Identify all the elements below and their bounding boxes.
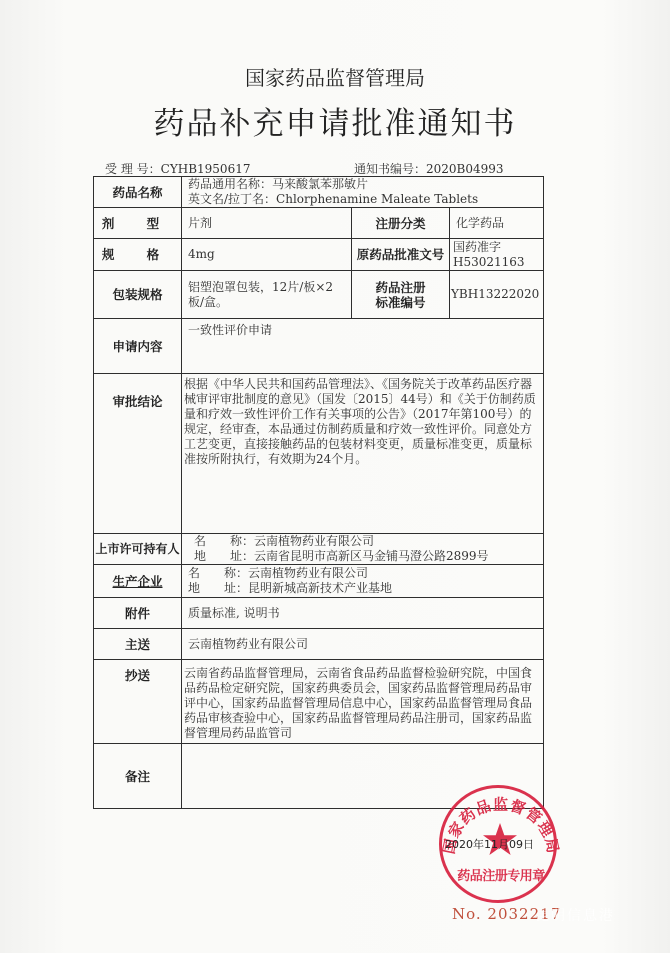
registration-category-label: 注册分类 — [352, 208, 450, 239]
mah-name-value: 云南植物药业有限公司 — [254, 534, 374, 548]
agency-name: 国家药品监督管理局 — [0, 62, 670, 91]
row-manufacturer: 生产企业 名 称：云南植物药业有限公司 地 址：昆明新城高新技术产业基地 — [94, 565, 544, 598]
registration-standard-value: YBH13222020 — [450, 271, 544, 319]
manufacturer-label-text: 生产企业 — [112, 574, 162, 589]
mah-address: 地 址：云南省昆明市高新区马金铺马澄公路2899号 — [194, 549, 537, 564]
application-content-label: 申请内容 — [94, 319, 182, 374]
notice-number: 通知书编号：2020B04993 — [354, 160, 504, 177]
row-conclusion: 审批结论 根据《中华人民共和国药品管理法》、《国务院关于改革药品医疗器械审评审批… — [94, 374, 544, 534]
mah-value: 名 称：云南植物药业有限公司 地 址：云南省昆明市高新区马金铺马澄公路2899号 — [182, 534, 544, 565]
generic-name-label: 药品通用名称： — [188, 177, 272, 191]
row-strength: 规 格 4mg 原药品批准文号 国药准字H53021163 — [94, 239, 544, 271]
mah-address-label: 地 址： — [194, 549, 254, 563]
mah-label: 上市许可持有人 — [94, 534, 182, 565]
original-approval-number-value: 国药准字H53021163 — [450, 239, 544, 271]
drug-name-value: 药品通用名称：马来酸氯苯那敏片 英文名/拉丁名：Chlorphenamine M… — [182, 177, 544, 208]
row-attachments: 附件 质量标准, 说明书 — [94, 598, 544, 629]
cc-value: 云南省药品监督管理局，云南省食品药品监督检验研究院，中国食品药品检定研究院，国家… — [182, 660, 544, 744]
send-to-value: 云南植物药业有限公司 — [182, 629, 544, 660]
english-name: 英文名/拉丁名：Chlorphenamine Maleate Tablets — [188, 192, 537, 207]
row-application-content: 申请内容 一致性评价申请 — [94, 319, 544, 374]
strength-value: 4mg — [182, 239, 352, 271]
cc-label: 抄送 — [94, 660, 182, 744]
application-content-value: 一致性评价申请 — [182, 319, 544, 374]
english-name-value: Chlorphenamine Maleate Tablets — [276, 192, 478, 206]
row-marketing-authorization-holder: 上市许可持有人 名 称：云南植物药业有限公司 地 址：云南省昆明市高新区马金铺马… — [94, 534, 544, 565]
remarks-label: 备注 — [94, 744, 182, 809]
manufacturer-name-label: 名 称： — [188, 566, 248, 580]
original-approval-number-label: 原药品批准文号 — [352, 239, 450, 271]
packaging-value: 铝塑泡罩包装，12片/板×2板/盒。 — [182, 271, 352, 319]
generic-name: 药品通用名称：马来酸氯苯那敏片 — [188, 177, 537, 192]
manufacturer-address-value: 昆明新城高新技术产业基地 — [248, 581, 392, 595]
english-name-label: 英文名/拉丁名： — [188, 192, 276, 206]
approval-date: 2020年11月09日 — [445, 836, 534, 852]
mah-name: 名 称：云南植物药业有限公司 — [194, 534, 537, 549]
mah-address-value: 云南省昆明市高新区马金铺马澄公路2899号 — [254, 549, 489, 563]
row-dosage-form: 剂 型 片剂 注册分类 化学药品 — [94, 208, 544, 239]
manufacturer-label: 生产企业 — [94, 565, 182, 598]
dosage-form-value: 片剂 — [182, 208, 352, 239]
notice-number-label: 通知书编号： — [354, 162, 426, 176]
generic-name-value: 马来酸氯苯那敏片 — [272, 177, 368, 191]
registration-standard-label-line1: 药品注册 — [358, 280, 443, 295]
row-send-to: 主送 云南植物药业有限公司 — [94, 629, 544, 660]
registration-standard-label-line2: 标准编号 — [358, 295, 443, 310]
attachments-value: 质量标准, 说明书 — [182, 598, 544, 629]
watermark: 昆明信息港 — [535, 905, 615, 925]
strength-label-text: 规 格 — [102, 247, 173, 262]
approval-form-table: 药品名称 药品通用名称：马来酸氯苯那敏片 英文名/拉丁名：Chlorphenam… — [93, 176, 544, 809]
manufacturer-address: 地 址：昆明新城高新技术产业基地 — [188, 581, 537, 596]
notice-number-value: 2020B04993 — [426, 162, 504, 176]
registration-standard-label: 药品注册 标准编号 — [352, 271, 450, 319]
row-drug-name: 药品名称 药品通用名称：马来酸氯苯那敏片 英文名/拉丁名：Chlorphenam… — [94, 177, 544, 208]
acceptance-number-label: 受 理 号： — [105, 162, 161, 176]
registration-category-value: 化学药品 — [450, 208, 544, 239]
conclusion-value: 根据《中华人民共和国药品管理法》、《国务院关于改革药品医疗器械审评审批制度的意见… — [182, 374, 544, 534]
dosage-form-label: 剂 型 — [94, 208, 182, 239]
row-packaging: 包装规格 铝塑泡罩包装，12片/板×2板/盒。 药品注册 标准编号 YBH132… — [94, 271, 544, 319]
drug-name-label: 药品名称 — [94, 177, 182, 208]
notice-page: 国家药品监督管理局 药品补充申请批准通知书 受 理 号：CYHB1950617 … — [0, 0, 670, 953]
acceptance-number: 受 理 号：CYHB1950617 — [105, 160, 250, 177]
mah-name-label: 名 称： — [194, 534, 254, 548]
manufacturer-address-label: 地 址： — [188, 581, 248, 595]
acceptance-number-value: CYHB1950617 — [161, 162, 251, 176]
seal-name: 药品注册专用章 — [456, 865, 546, 884]
manufacturer-value: 名 称：云南植物药业有限公司 地 址：昆明新城高新技术产业基地 — [182, 565, 544, 598]
manufacturer-name: 名 称：云南植物药业有限公司 — [188, 566, 537, 581]
packaging-label: 包装规格 — [94, 271, 182, 319]
conclusion-label: 审批结论 — [94, 374, 182, 534]
manufacturer-name-value: 云南植物药业有限公司 — [248, 566, 368, 580]
strength-label: 规 格 — [94, 239, 182, 271]
dosage-form-label-text: 剂 型 — [102, 216, 173, 231]
attachments-label: 附件 — [94, 598, 182, 629]
document-title: 药品补充申请批准通知书 — [0, 98, 670, 143]
row-cc: 抄送 云南省药品监督管理局，云南省食品药品监督检验研究院，中国食品药品检定研究院… — [94, 660, 544, 744]
send-to-label: 主送 — [94, 629, 182, 660]
